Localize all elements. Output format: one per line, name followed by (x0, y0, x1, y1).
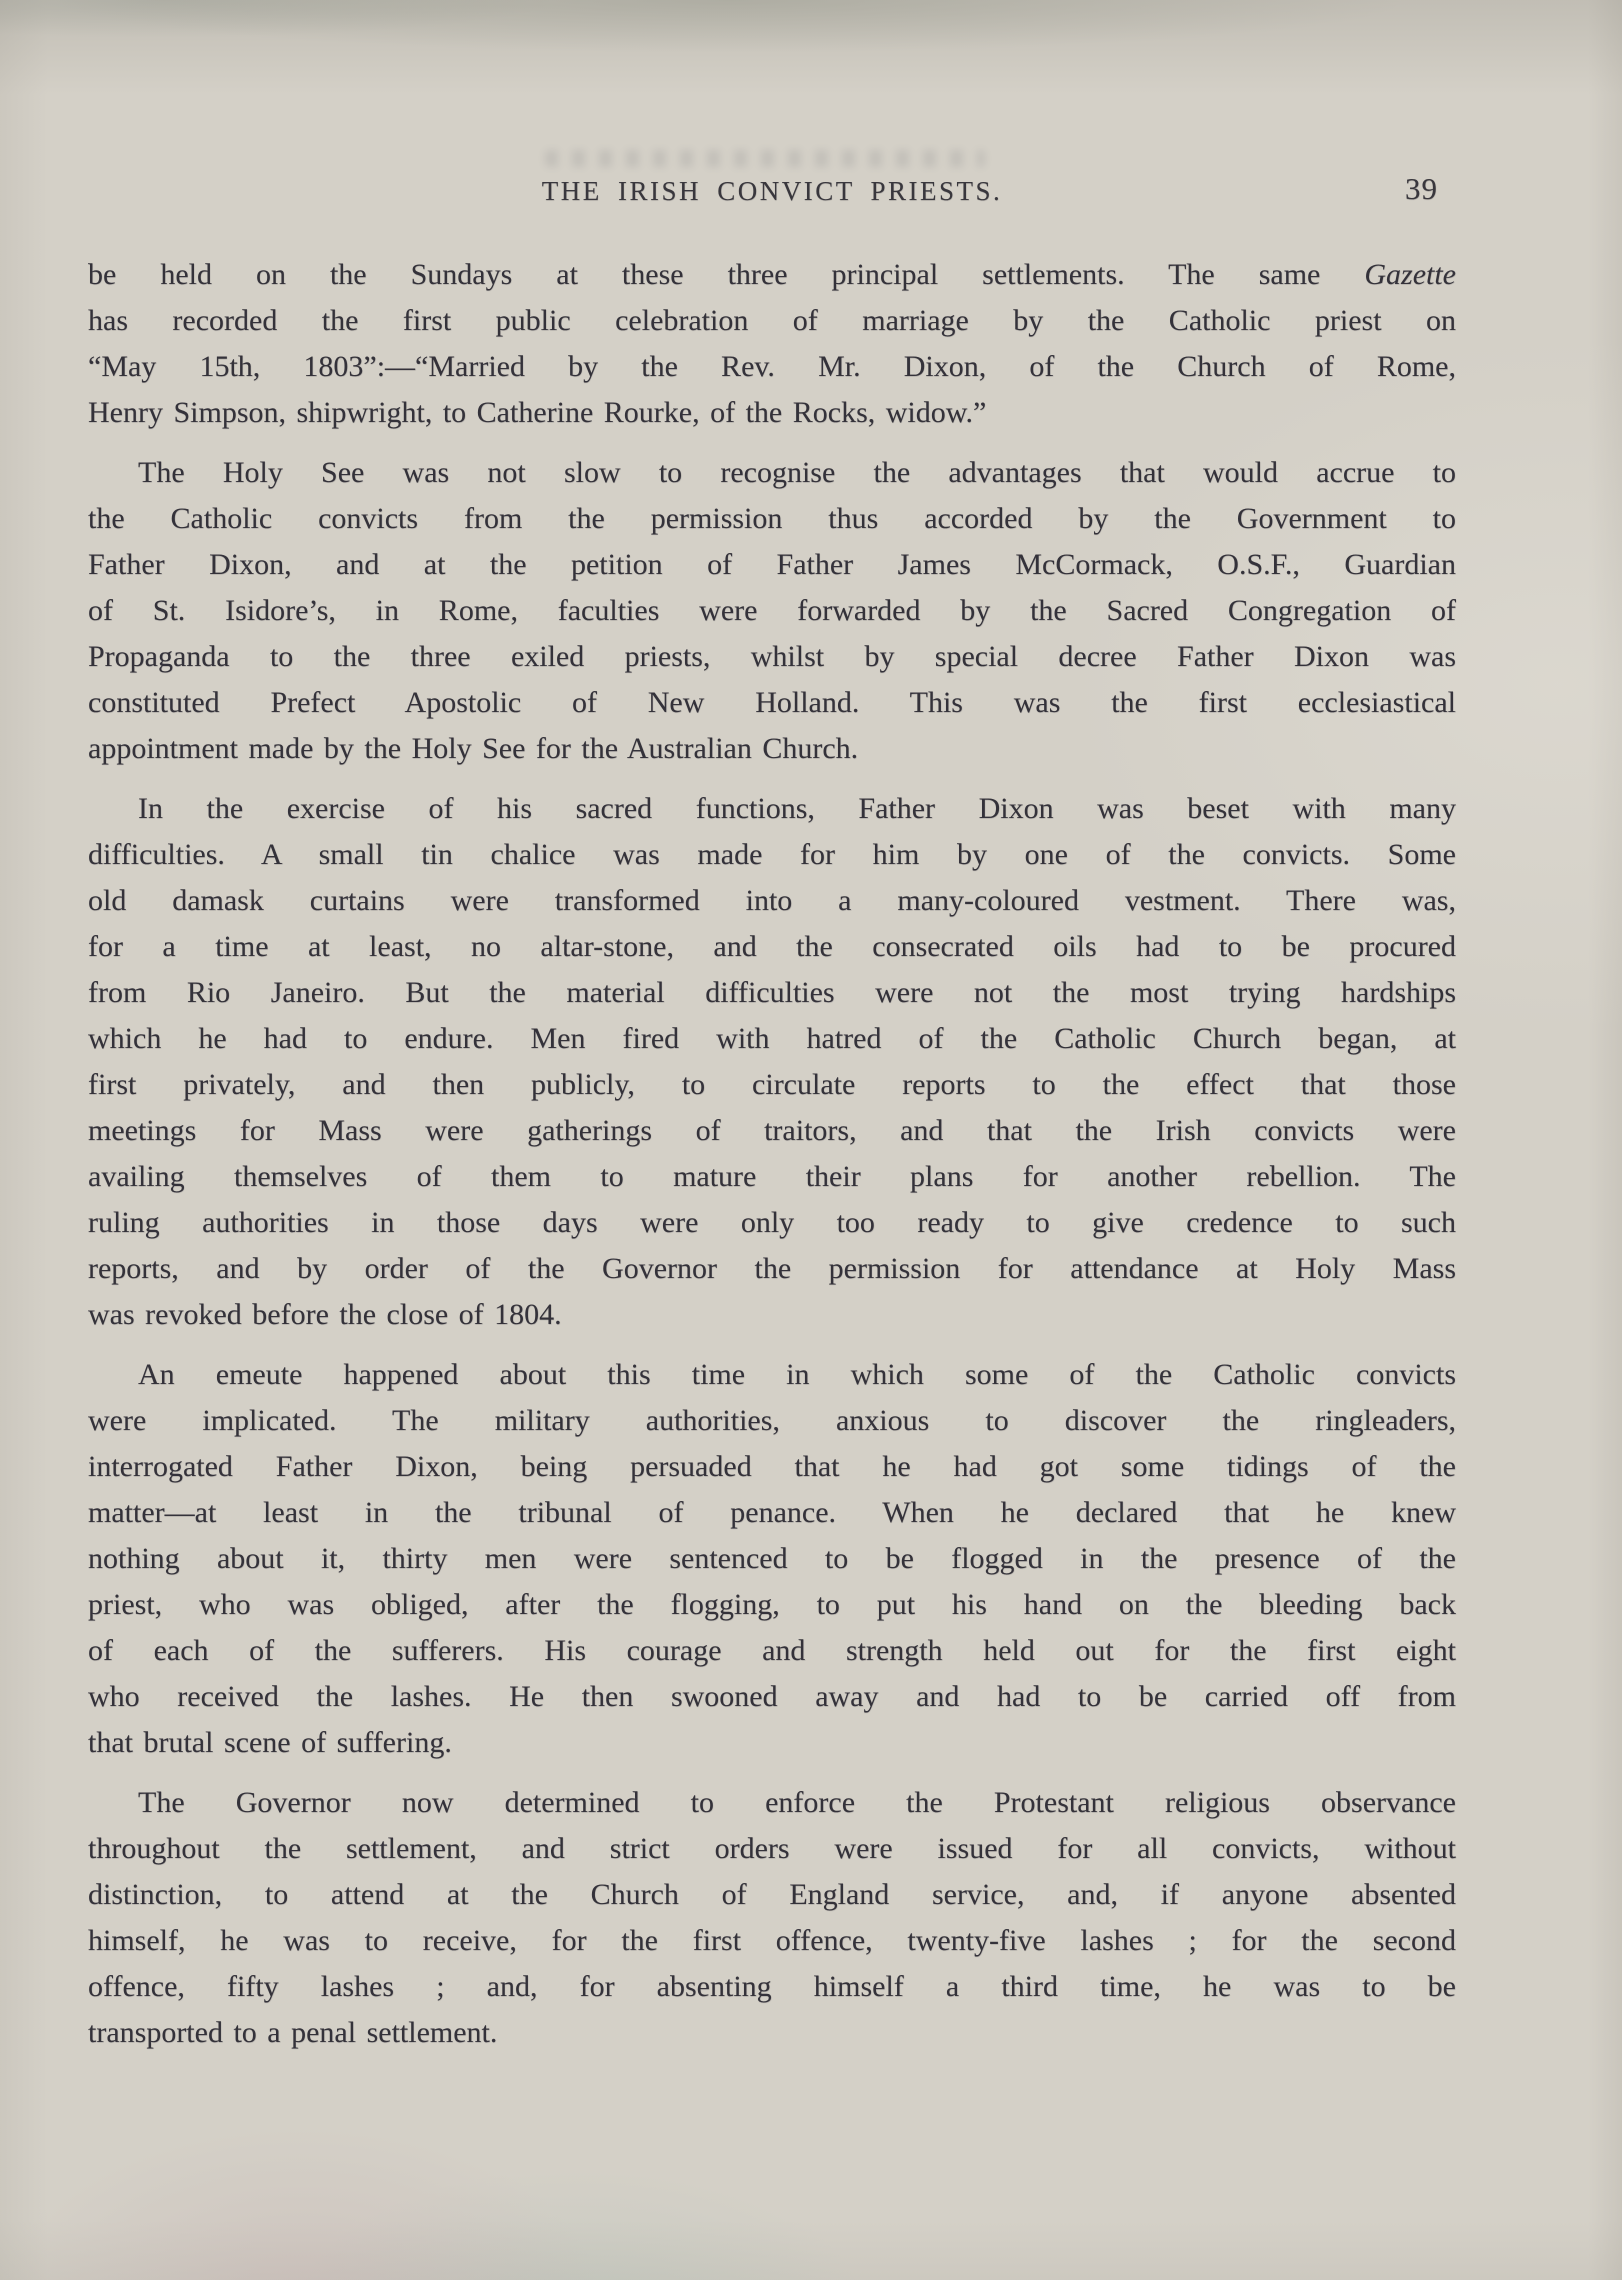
text-segment: reports, and by order of the Governor th… (88, 1252, 1456, 1285)
text-segment: Henry Simpson, shipwright, to Catherine … (88, 396, 986, 429)
text-line: himself, he was to receive, for the firs… (88, 1918, 1456, 1964)
text-segment: The Holy See was not slow to recognise t… (138, 456, 1456, 489)
text-line: priest, who was obliged, after the flogg… (88, 1582, 1456, 1628)
text-line: In the exercise of his sacred functions,… (88, 786, 1456, 832)
text-segment: who received the lashes. He then swooned… (88, 1680, 1456, 1713)
book-page: THE IRISH CONVICT PRIESTS. 39 be held on… (0, 0, 1622, 2280)
text-line: first privately, and then publicly, to c… (88, 1062, 1456, 1108)
text-line: from Rio Janeiro. But the material diffi… (88, 970, 1456, 1016)
paragraph: An emeute happened about this time in wh… (88, 1338, 1456, 1766)
text-segment: for a time at least, no altar-stone, and… (88, 930, 1456, 963)
text-line: Henry Simpson, shipwright, to Catherine … (88, 390, 1456, 436)
text-segment: himself, he was to receive, for the firs… (88, 1924, 1456, 1957)
text-line: that brutal scene of suffering. (88, 1720, 1456, 1766)
text-segment: availing themselves of them to mature th… (88, 1160, 1456, 1193)
text-block: be held on the Sundays at these three pr… (88, 252, 1456, 2056)
text-line: were implicated. The military authoritie… (88, 1398, 1456, 1444)
text-segment: has recorded the first public celebratio… (88, 304, 1456, 337)
text-line: An emeute happened about this time in wh… (88, 1352, 1456, 1398)
text-segment: of each of the sufferers. His courage an… (88, 1634, 1456, 1667)
text-line: appointment made by the Holy See for the… (88, 726, 1456, 772)
text-line: constituted Prefect Apostolic of New Hol… (88, 680, 1456, 726)
text-segment: which he had to endure. Men fired with h… (88, 1022, 1456, 1055)
text-line: the Catholic convicts from the permissio… (88, 496, 1456, 542)
text-line: “May 15th, 1803”:—“Married by the Rev. M… (88, 344, 1456, 390)
text-segment: difficulties. A small tin chalice was ma… (88, 838, 1456, 871)
text-line: transported to a penal settlement. (88, 2010, 1456, 2056)
text-segment: An emeute happened about this time in wh… (138, 1358, 1456, 1391)
text-line: The Holy See was not slow to recognise t… (88, 450, 1456, 496)
text-segment: interrogated Father Dixon, being persuad… (88, 1450, 1456, 1483)
text-line: meetings for Mass were gatherings of tra… (88, 1108, 1456, 1154)
text-line: who received the lashes. He then swooned… (88, 1674, 1456, 1720)
text-segment: offence, fifty lashes ; and, for absenti… (88, 1970, 1456, 2003)
text-line: availing themselves of them to mature th… (88, 1154, 1456, 1200)
text-segment: In the exercise of his sacred functions,… (138, 792, 1456, 825)
text-segment: of St. Isidore’s, in Rome, faculties wer… (88, 594, 1456, 627)
text-line: reports, and by order of the Governor th… (88, 1246, 1456, 1292)
text-segment: matter—at least in the tribunal of penan… (88, 1496, 1456, 1529)
text-line: The Governor now determined to enforce t… (88, 1780, 1456, 1826)
showthrough-smudge (545, 150, 985, 167)
text-line: Propaganda to the three exiled priests, … (88, 634, 1456, 680)
text-line: for a time at least, no altar-stone, and… (88, 924, 1456, 970)
text-line: offence, fifty lashes ; and, for absenti… (88, 1964, 1456, 2010)
text-segment: ruling authorities in those days were on… (88, 1206, 1456, 1239)
text-line: which he had to endure. Men fired with h… (88, 1016, 1456, 1062)
text-segment: be held on the Sundays at these three pr… (88, 258, 1364, 291)
text-line: has recorded the first public celebratio… (88, 298, 1456, 344)
text-segment: were implicated. The military authoritie… (88, 1404, 1456, 1437)
text-segment: Propaganda to the three exiled priests, … (88, 640, 1456, 673)
text-line: old damask curtains were transformed int… (88, 878, 1456, 924)
text-segment: was revoked before the close of 1804. (88, 1298, 562, 1331)
paragraph: be held on the Sundays at these three pr… (88, 252, 1456, 436)
text-line: of St. Isidore’s, in Rome, faculties wer… (88, 588, 1456, 634)
text-segment: the Catholic convicts from the permissio… (88, 502, 1456, 535)
text-segment: throughout the settlement, and strict or… (88, 1832, 1456, 1865)
text-line: matter—at least in the tribunal of penan… (88, 1490, 1456, 1536)
text-line: ruling authorities in those days were on… (88, 1200, 1456, 1246)
text-segment: old damask curtains were transformed int… (88, 884, 1456, 917)
text-line: distinction, to attend at the Church of … (88, 1872, 1456, 1918)
text-segment: first privately, and then publicly, to c… (88, 1068, 1456, 1101)
italic-text: Gazette (1364, 258, 1456, 291)
paragraph: The Governor now determined to enforce t… (88, 1766, 1456, 2056)
text-segment: distinction, to attend at the Church of … (88, 1878, 1456, 1911)
page-number: 39 (1405, 171, 1438, 207)
text-segment: that brutal scene of suffering. (88, 1726, 452, 1759)
running-title: THE IRISH CONVICT PRIESTS. (88, 176, 1456, 207)
text-segment: constituted Prefect Apostolic of New Hol… (88, 686, 1456, 719)
text-line: of each of the sufferers. His courage an… (88, 1628, 1456, 1674)
text-line: nothing about it, thirty men were senten… (88, 1536, 1456, 1582)
text-segment: transported to a penal settlement. (88, 2016, 497, 2049)
text-line: was revoked before the close of 1804. (88, 1292, 1456, 1338)
page-header: THE IRISH CONVICT PRIESTS. 39 (88, 176, 1456, 207)
text-segment: The Governor now determined to enforce t… (138, 1786, 1456, 1819)
text-segment: nothing about it, thirty men were senten… (88, 1542, 1456, 1575)
text-line: interrogated Father Dixon, being persuad… (88, 1444, 1456, 1490)
text-segment: meetings for Mass were gatherings of tra… (88, 1114, 1456, 1147)
text-line: Father Dixon, and at the petition of Fat… (88, 542, 1456, 588)
text-segment: from Rio Janeiro. But the material diffi… (88, 976, 1456, 1009)
text-segment: Father Dixon, and at the petition of Fat… (88, 548, 1456, 581)
paragraph: In the exercise of his sacred functions,… (88, 772, 1456, 1338)
text-line: be held on the Sundays at these three pr… (88, 252, 1456, 298)
text-line: throughout the settlement, and strict or… (88, 1826, 1456, 1872)
text-segment: priest, who was obliged, after the flogg… (88, 1588, 1456, 1621)
paragraph: The Holy See was not slow to recognise t… (88, 436, 1456, 772)
text-segment: appointment made by the Holy See for the… (88, 732, 858, 765)
text-segment: “May 15th, 1803”:—“Married by the Rev. M… (88, 350, 1456, 383)
text-line: difficulties. A small tin chalice was ma… (88, 832, 1456, 878)
